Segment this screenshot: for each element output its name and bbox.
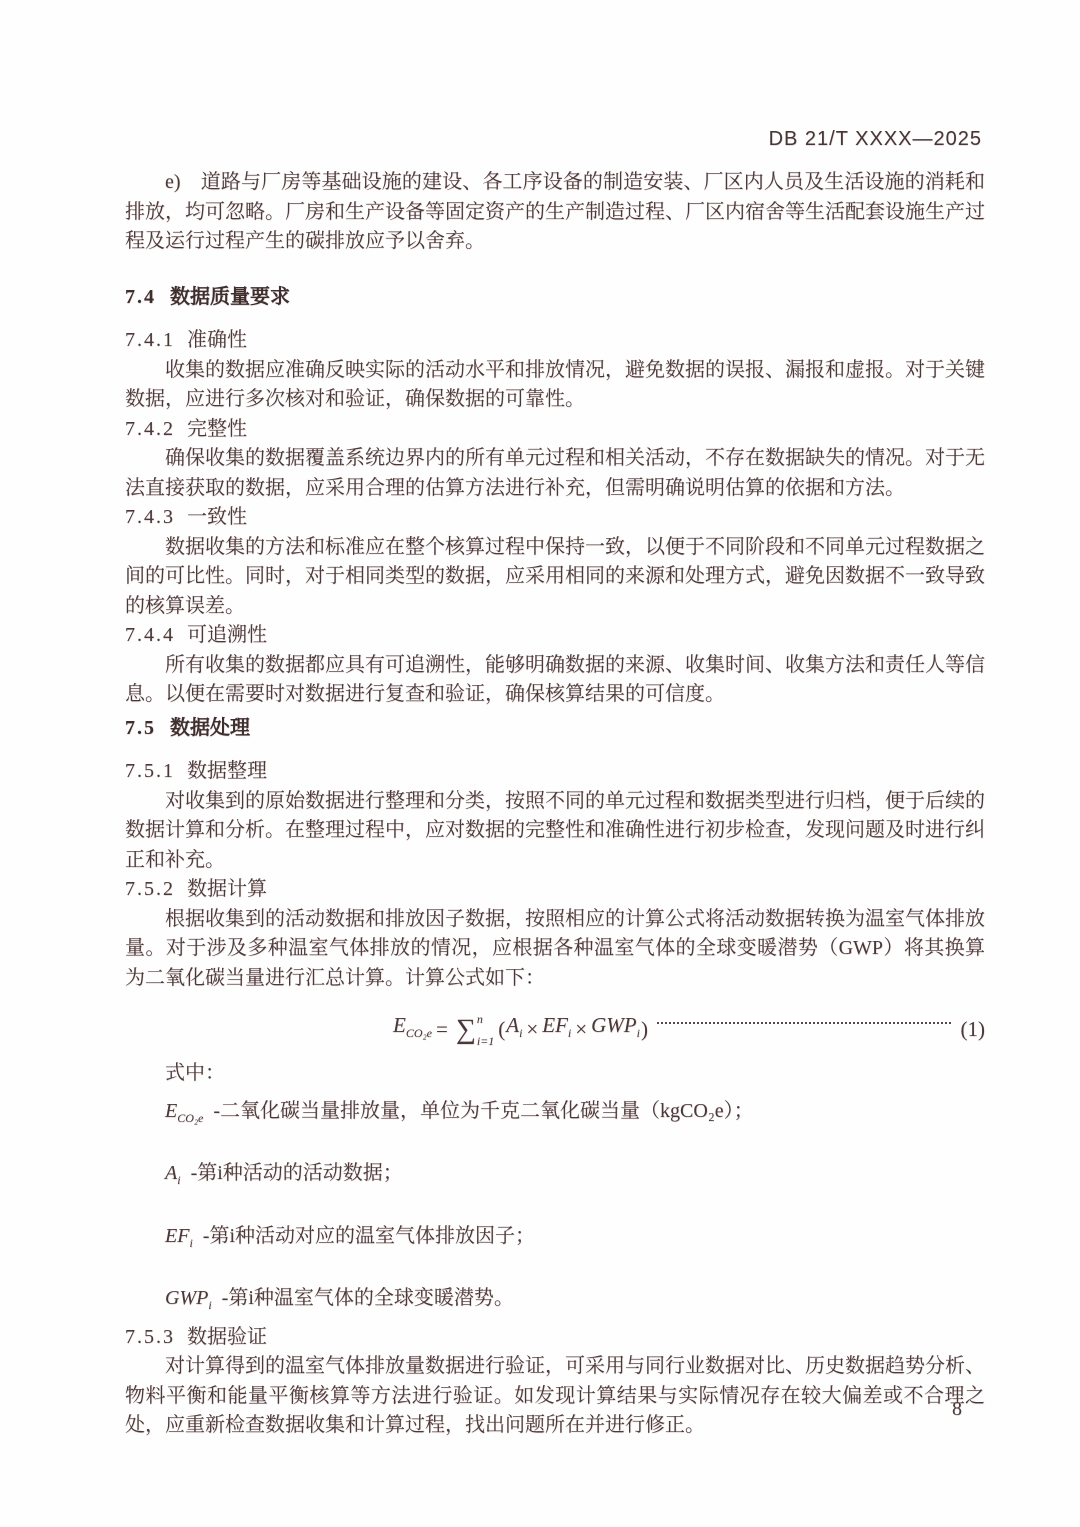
summation-sigma: ∑ xyxy=(452,1016,477,1044)
paragraph-7-4-2: 确保收集的数据覆盖系统边界内的所有单元过程和相关活动，不存在数据缺失的情况。对于… xyxy=(125,444,985,503)
paragraph-7-4-4: 所有收集的数据都应具有可追溯性，能够明确数据的来源、收集时间、收集方法和责任人等… xyxy=(125,651,985,710)
subsection-number: 7.4.2 xyxy=(125,418,175,440)
section-number: 7.4 xyxy=(125,286,156,308)
standard-code: DB 21/T XXXX—2025 xyxy=(769,128,982,151)
section-title: 数据质量要求 xyxy=(170,286,290,308)
page-number: 8 xyxy=(952,1398,962,1421)
section-number: 7.5 xyxy=(125,717,156,739)
formula-legend: ECO₂e-二氧化碳当量排放量，单位为千克二氧化碳当量（kgCO₂e）； Ai-… xyxy=(125,1097,985,1321)
subsection-heading-7-4-4: 7.4.4可追溯性 xyxy=(125,621,985,651)
legend-variable: GWPi xyxy=(165,1287,212,1309)
dotted-leader xyxy=(657,1022,951,1024)
subsection-heading-7-5-2: 7.5.2数据计算 xyxy=(125,875,985,905)
subsection-title: 准确性 xyxy=(187,329,247,351)
legend-variable: Ai xyxy=(165,1162,181,1184)
legend-item-gwpi: GWPi-第i种温室气体的全球变暖潜势。 xyxy=(125,1284,985,1321)
legend-variable: ECO₂e xyxy=(165,1100,203,1122)
subsection-heading-7-4-3: 7.4.3一致性 xyxy=(125,503,985,533)
legend-description: -二氧化碳当量排放量，单位为千克二氧化碳当量（kgCO₂e）； xyxy=(213,1100,753,1122)
formula-term-activity: Ai xyxy=(506,1011,522,1049)
summation-upper: n xyxy=(477,1013,494,1025)
paragraph-7-5-2: 根据收集到的活动数据和排放因子数据，按照相应的计算公式将活动数据转换为温室气体排… xyxy=(125,905,985,994)
subsection-number: 7.5.1 xyxy=(125,760,175,782)
section-title: 数据处理 xyxy=(170,717,250,739)
subsection-heading-7-5-3: 7.5.3数据验证 xyxy=(125,1323,985,1353)
subsection-number: 7.5.2 xyxy=(125,878,175,900)
equals-sign: = xyxy=(432,1015,452,1045)
paragraph-7-5-3: 对计算得到的温室气体排放量数据进行验证，可采用与同行业数据对比、历史数据趋势分析… xyxy=(125,1352,985,1441)
formula-equation-1: ECO₂e = ∑ n i=1 ( Ai × EFi × GWPi ) (1) xyxy=(125,1007,985,1053)
summation-lower: i=1 xyxy=(477,1035,494,1047)
close-paren: ) xyxy=(640,1015,649,1045)
legend-variable: EFi xyxy=(165,1225,193,1247)
subsection-number: 7.4.1 xyxy=(125,329,175,351)
subsection-title: 可追溯性 xyxy=(187,624,267,646)
formula-number: (1) xyxy=(961,1015,986,1045)
section-heading-7-5: 7.5数据处理 xyxy=(125,714,985,744)
subsection-number: 7.4.3 xyxy=(125,506,175,528)
formula-term-emission-factor: EFi xyxy=(542,1011,571,1049)
subsection-heading-7-4-2: 7.4.2完整性 xyxy=(125,415,985,445)
section-heading-7-4: 7.4数据质量要求 xyxy=(125,283,985,313)
paragraph-7-4-1: 收集的数据应准确反映实际的活动水平和排放情况，避免数据的误报、漏报和虚报。对于关… xyxy=(125,356,985,415)
where-label: 式中： xyxy=(125,1059,985,1089)
subsection-heading-7-5-1: 7.5.1数据整理 xyxy=(125,757,985,787)
document-page: DB 21/T XXXX—2025 e) 道路与厂房等基础设施的建设、各工序设备… xyxy=(0,0,1080,1527)
multiply-sign: × xyxy=(571,1015,591,1045)
legend-item-efi: EFi-第i种活动对应的温室气体排放因子； xyxy=(125,1222,985,1259)
subsection-title: 数据验证 xyxy=(187,1326,267,1348)
summation-limits: n i=1 xyxy=(477,1013,497,1047)
formula-term-gwp: GWPi xyxy=(591,1011,640,1049)
open-paren: ( xyxy=(497,1015,506,1045)
paragraph-7-4-3: 数据收集的方法和标准应在整个核算过程中保持一致，以便于不同阶段和不同单元过程数据… xyxy=(125,533,985,622)
legend-description: -第i种温室气体的全球变暖潜势。 xyxy=(222,1287,514,1309)
subsection-title: 一致性 xyxy=(187,506,247,528)
subsection-title: 完整性 xyxy=(187,418,247,440)
subsection-heading-7-4-1: 7.4.1准确性 xyxy=(125,326,985,356)
subsection-title: 数据计算 xyxy=(187,878,267,900)
formula-lhs: ECO₂e xyxy=(393,1011,432,1049)
subsection-title: 数据整理 xyxy=(187,760,267,782)
page-content: e) 道路与厂房等基础设施的建设、各工序设备的制造安装、厂区内人员及生活设施的消… xyxy=(125,168,985,1441)
paragraph-7-5-1: 对收集到的原始数据进行整理和分类，按照不同的单元过程和数据类型进行归档，便于后续… xyxy=(125,787,985,876)
multiply-sign: × xyxy=(522,1015,542,1045)
clause-item-e: e) 道路与厂房等基础设施的建设、各工序设备的制造安装、厂区内人员及生活设施的消… xyxy=(125,168,985,257)
legend-description: -第i种活动的活动数据； xyxy=(191,1162,403,1184)
legend-item-ai: Ai-第i种活动的活动数据； xyxy=(125,1159,985,1196)
legend-description: -第i种活动对应的温室气体排放因子； xyxy=(203,1225,535,1247)
subsection-number: 7.5.3 xyxy=(125,1326,175,1348)
legend-item-eco2e: ECO₂e-二氧化碳当量排放量，单位为千克二氧化碳当量（kgCO₂e）； xyxy=(125,1097,985,1134)
subsection-number: 7.4.4 xyxy=(125,624,175,646)
